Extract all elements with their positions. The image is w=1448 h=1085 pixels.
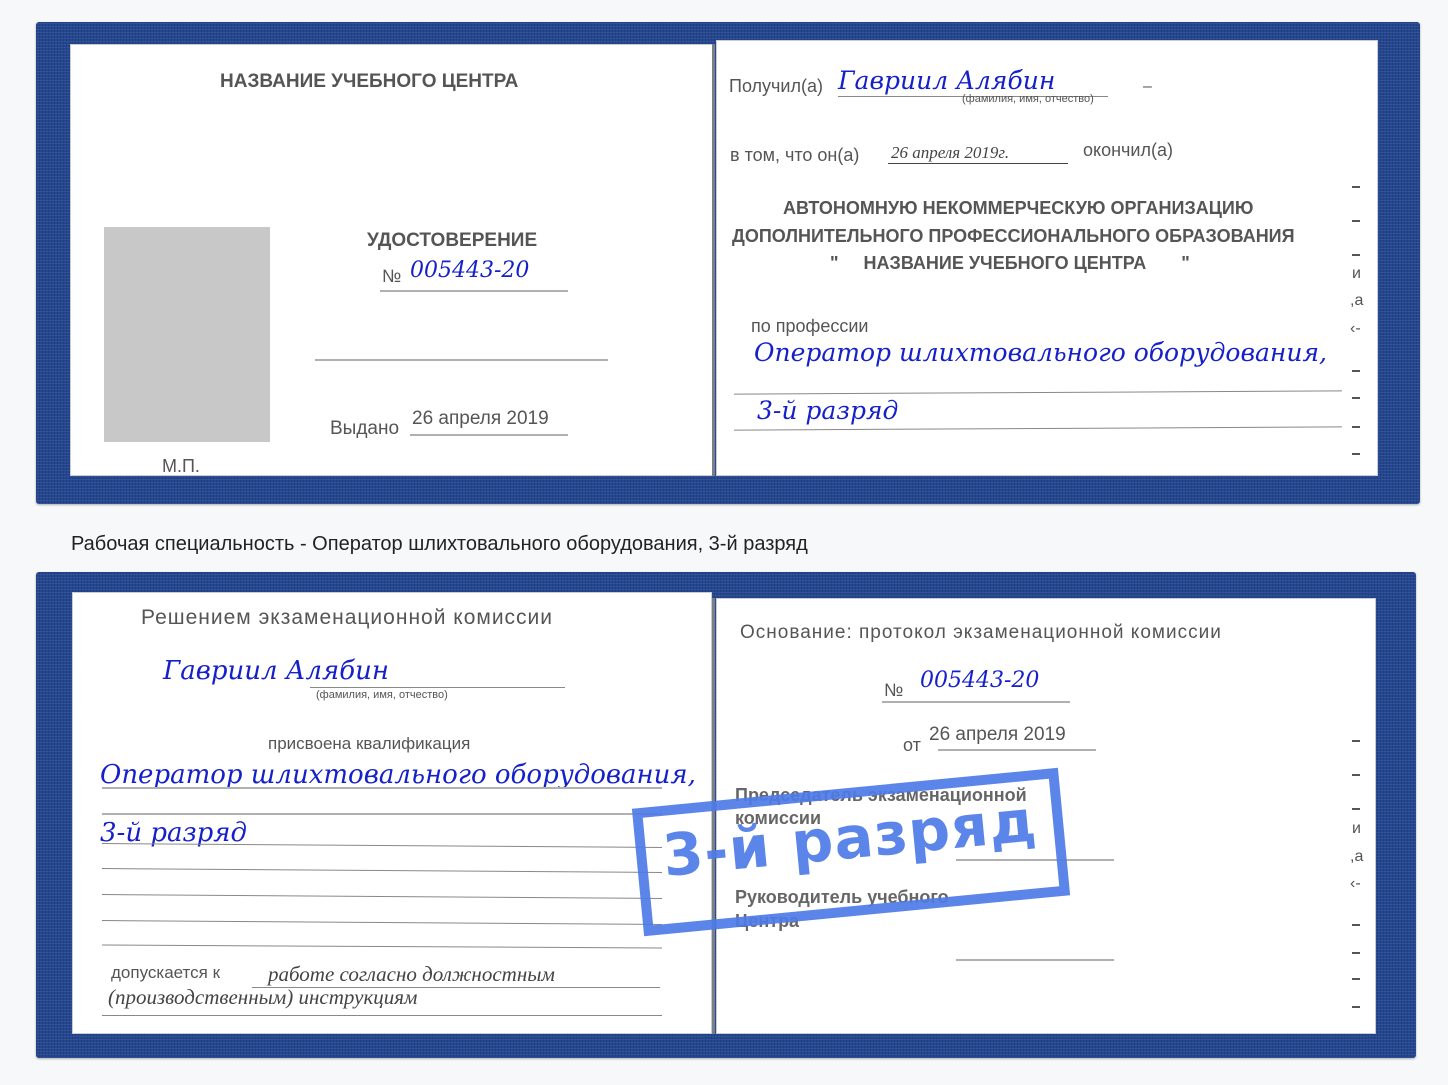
admitted-label: допускается к	[111, 963, 220, 983]
basis-title: Основание: протокол экзаменационной коми…	[740, 622, 1222, 644]
received-label: Получил(а)	[729, 76, 823, 97]
protocol-number-label: №	[884, 680, 903, 701]
edge-dash	[1352, 426, 1360, 428]
issued-date: 26 апреля 2019	[412, 408, 549, 430]
qualification-label: присвоена квалификация	[268, 734, 470, 754]
person-name-underline	[310, 687, 565, 688]
person-name: Гавриил Алябин	[163, 656, 389, 686]
admitted-underline-2	[102, 1015, 662, 1016]
edge-dash	[1352, 186, 1360, 188]
edge-dash	[1352, 740, 1360, 742]
edge-dash	[1352, 397, 1360, 399]
number-label: №	[382, 266, 401, 287]
qualification-underline-1	[102, 787, 662, 789]
protocol-number-underline	[882, 701, 1070, 703]
org-line-2: ДОПОЛНИТЕЛЬНОГО ПРОФЕССИОНАЛЬНОГО ОБРАЗО…	[732, 226, 1295, 247]
issued-underline	[410, 434, 568, 436]
recipient-name: Гавриил Алябин	[838, 66, 1055, 95]
name-hint: (фамилия, имя, отчество)	[962, 93, 1094, 105]
qualification-line-1: Оператор шлихтовального оборудования,	[100, 760, 696, 790]
number-underline	[380, 290, 568, 292]
completion-date: 26 апреля 2019г.	[891, 143, 1009, 163]
edge-char: ‹-	[1350, 320, 1361, 338]
edge-char: и	[1352, 265, 1361, 283]
signature-line	[315, 359, 608, 361]
certificate-number: 005443-20	[410, 258, 529, 283]
certificate-top-spine	[712, 44, 715, 476]
edge-dash	[1352, 1006, 1360, 1008]
edge-char: и	[1352, 820, 1361, 838]
seal-label: М.П.	[162, 456, 200, 477]
photo-placeholder	[104, 227, 270, 442]
edge-dash	[1352, 978, 1360, 980]
protocol-date-label: от	[903, 735, 921, 756]
admitted-line-1: работе согласно должностным	[268, 962, 555, 987]
qualification-underline-2	[102, 813, 662, 815]
edge-char: ‹-	[1350, 875, 1361, 893]
finished-label: окончил(а)	[1083, 140, 1173, 161]
specialty-caption: Рабочая специальность - Оператор шлихтов…	[71, 533, 808, 556]
edge-dash	[1352, 254, 1360, 256]
issued-label: Выдано	[330, 418, 399, 440]
training-center-name: НАЗВАНИЕ УЧЕБНОГО ЦЕНТРА	[220, 71, 518, 93]
protocol-date: 26 апреля 2019	[929, 724, 1066, 746]
edge-dash	[1352, 453, 1360, 455]
protocol-number: 005443-20	[920, 668, 1039, 693]
edge-char: ,а	[1350, 848, 1363, 866]
edge-dash	[1352, 220, 1360, 222]
that-label: в том, что он(а)	[730, 145, 859, 166]
profession-line-1: Оператор шлихтовального оборудования,	[754, 338, 1327, 367]
decision-title: Решением экзаменационной комиссии	[141, 606, 553, 630]
edge-char: ,а	[1350, 292, 1363, 310]
name-hint-bottom: (фамилия, имя, отчество)	[316, 689, 448, 701]
protocol-date-underline	[938, 749, 1096, 751]
org-line-3: " НАЗВАНИЕ УЧЕБНОГО ЦЕНТРА "	[830, 253, 1190, 274]
edge-dash	[1352, 952, 1360, 954]
org-line-1: АВТОНОМНУЮ НЕКОММЕРЧЕСКУЮ ОРГАНИЗАЦИЮ	[783, 198, 1253, 219]
admitted-line-2: (производственным) инструкциям	[108, 985, 417, 1010]
profession-label: по профессии	[751, 316, 868, 337]
completion-date-underline	[888, 163, 1068, 164]
edge-dash	[1352, 370, 1360, 372]
edge-dash	[1352, 924, 1360, 926]
grade-stamp-text: 3-й разряд	[643, 785, 1056, 892]
edge-dash	[1352, 774, 1360, 776]
profession-line-2: 3-й разряд	[757, 396, 898, 425]
head-signature-line	[956, 959, 1114, 961]
dash-mark: –	[1143, 78, 1152, 96]
document-title: УДОСТОВЕРЕНИЕ	[367, 230, 537, 252]
edge-dash	[1352, 808, 1360, 810]
